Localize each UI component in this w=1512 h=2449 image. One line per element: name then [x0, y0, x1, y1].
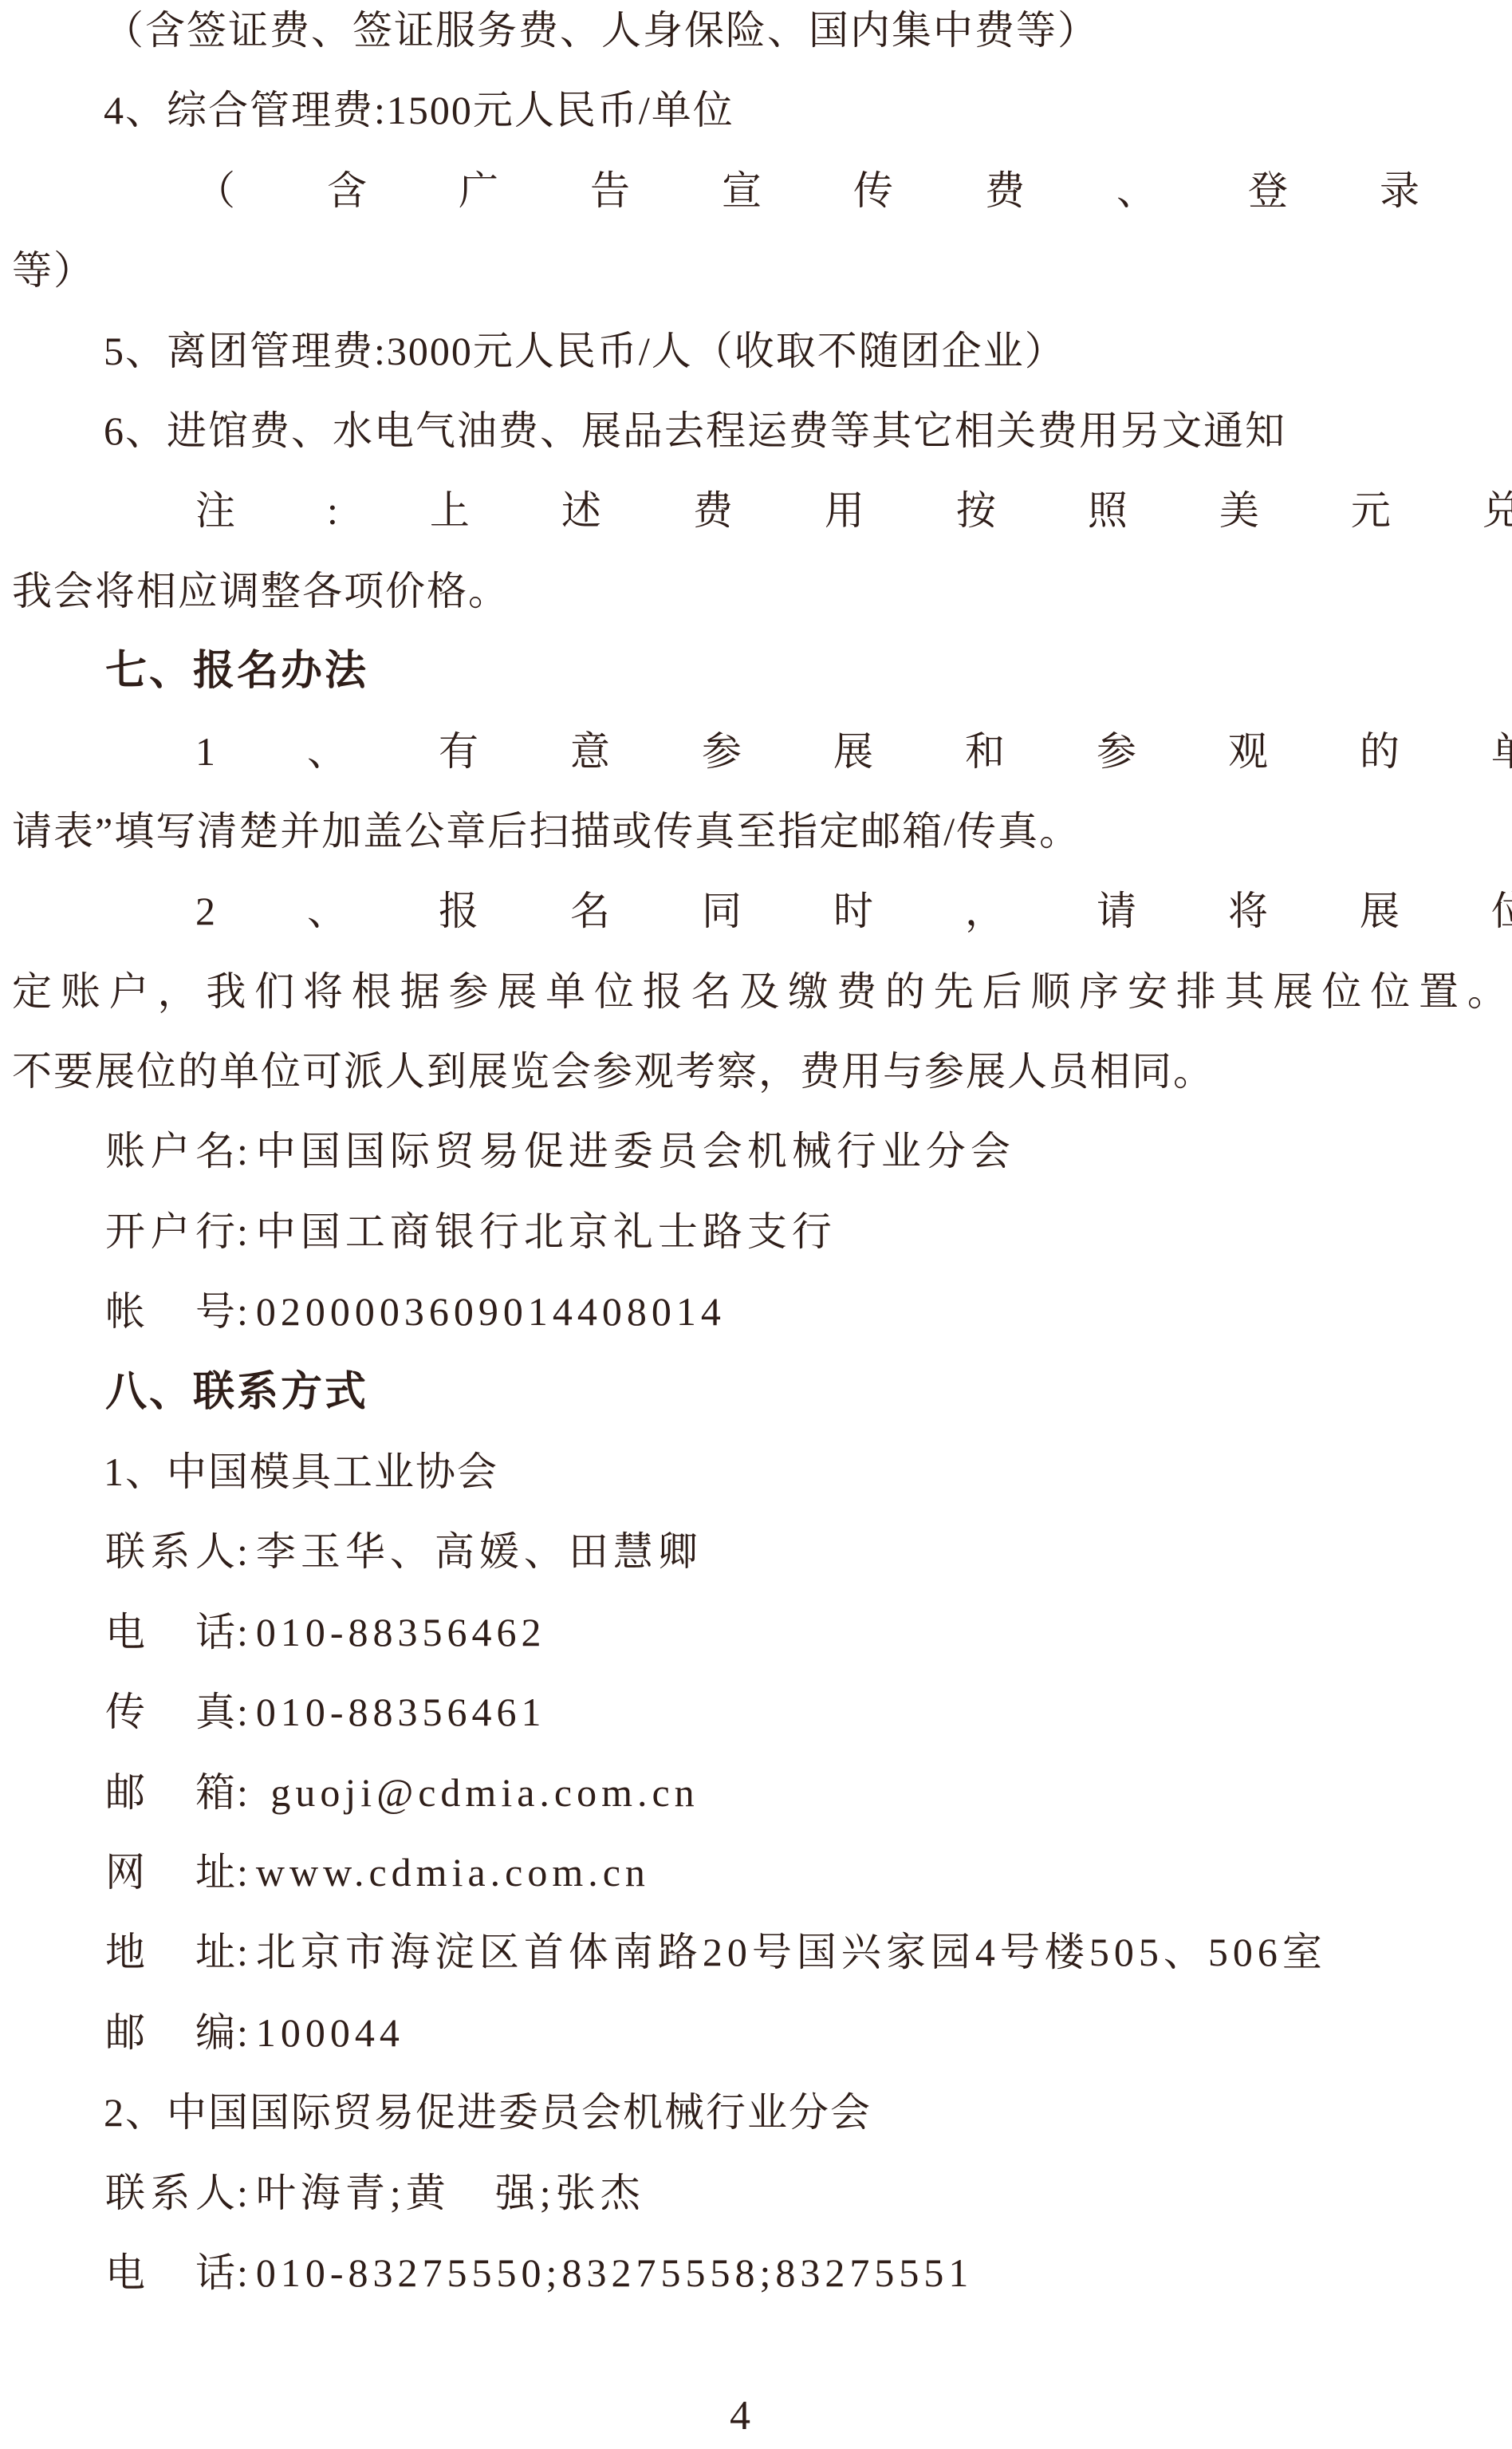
text-line: 等）	[12, 231, 1507, 310]
text-token: 请	[1005, 871, 1136, 951]
field-value: 010-83275550;83275558;83275551	[256, 2233, 973, 2313]
field-row: 账户名:中国国际贸易促进委员会机械行业分会	[12, 1111, 1507, 1191]
field-label-char: 人	[195, 2153, 235, 2233]
text-token: 参	[1005, 712, 1136, 791]
text-token: 据	[400, 952, 440, 1031]
field-row: 地址:北京市海淀区首体南路20号国兴家园4号楼505、506室	[12, 1912, 1507, 1992]
text-token: 上	[338, 471, 470, 550]
text-token: 们	[254, 952, 294, 1031]
field-label-char: 开	[105, 1192, 145, 1272]
field-row: 邮箱: guoji@cdmia.com.cn	[12, 1753, 1507, 1832]
document-page: （含签证费、签证服务费、人身保险、国内集中费等）4、综合管理费:1500元人民币…	[0, 0, 1512, 2449]
field-row: 电话:010-88356462	[12, 1592, 1507, 1672]
text-line: 4、综合管理费:1500元人民币/单位	[12, 70, 1507, 150]
text-token: 展	[1268, 871, 1400, 951]
text-token: 位	[1321, 952, 1361, 1031]
text-token: 位	[1370, 952, 1410, 1031]
field-row: 传真:010-88356461	[12, 1672, 1507, 1752]
text-line: 不要展位的单位可派人到展览会参观考察，费用与参展人员相同。	[12, 1031, 1507, 1111]
field-value: guoji@cdmia.com.cn	[256, 1753, 699, 1832]
text-line: 注:上述费用按照美元兑人民币的汇率1:7收取，若遇重大汇率变化，	[12, 471, 1507, 550]
document-body: （含签证费、签证服务费、人身保险、国内集中费等）4、综合管理费:1500元人民币…	[0, 0, 1512, 2313]
field-colon: :	[235, 1592, 256, 1672]
text-token: 元	[1259, 471, 1391, 550]
text-token: 述	[470, 471, 601, 550]
field-label: 电话	[105, 1592, 235, 1672]
field-label-char: 传	[105, 1672, 145, 1752]
text-token: 置	[1419, 952, 1459, 1031]
text-token: 单	[545, 952, 585, 1031]
text-token: 时	[742, 871, 873, 951]
field-row: 网址:www.cdmia.com.cn	[12, 1832, 1507, 1912]
text-token: 安	[1128, 952, 1167, 1031]
text-token: 录	[1288, 151, 1419, 231]
text-token: 费	[837, 952, 876, 1031]
text-token: 展	[742, 712, 873, 791]
text-token: 意	[478, 712, 610, 791]
field-label-char: 联	[105, 1512, 145, 1591]
text-token: 定	[12, 952, 52, 1031]
text-token: 广	[367, 151, 498, 231]
text-line: 1、有意参展和参观的单位请务必于2019年6月1日前将附件“参展申	[12, 712, 1507, 791]
field-label-char: 帐	[105, 1272, 145, 1351]
text-token: 户	[109, 952, 149, 1031]
field-colon: :	[235, 2233, 256, 2313]
text-line: 2、中国国际贸易促进委员会机械行业分会	[12, 2072, 1507, 2152]
text-token: 告	[498, 151, 630, 231]
text-token: 账	[61, 952, 100, 1031]
text-token: 美	[1128, 471, 1259, 550]
text-token: 费	[601, 471, 733, 550]
text-token: 将	[303, 952, 343, 1031]
field-label: 邮编	[105, 1993, 235, 2072]
text-token: 按	[864, 471, 996, 550]
field-value: 010-88356461	[256, 1672, 546, 1752]
text-line: 我会将相应调整各项价格。	[12, 551, 1507, 631]
text-token: 同	[610, 871, 742, 951]
text-token: ，	[157, 952, 197, 1031]
text-line: 请表”填写清楚并加盖公章后扫描或传真至指定邮箱/传真。	[12, 791, 1507, 871]
field-colon: :	[235, 1512, 256, 1591]
text-line: （含广告宣传费、登录官方展览会网站和参展商名录、邀请函、进馆证	[12, 151, 1507, 231]
text-token: 、	[215, 712, 347, 791]
field-value: 0200003609014408014	[256, 1272, 726, 1351]
text-token: 缴	[788, 952, 828, 1031]
page-number: 4	[0, 2388, 1480, 2444]
text-token: 照	[996, 471, 1128, 550]
text-line: （含签证费、签证服务费、人身保险、国内集中费等）	[12, 0, 1507, 70]
text-token: 及	[739, 952, 779, 1031]
field-label-char: 号	[195, 1272, 235, 1351]
field-label: 开户行	[105, 1192, 235, 1272]
field-colon: :	[235, 1753, 256, 1832]
field-row: 帐号:0200003609014408014	[12, 1272, 1507, 1351]
field-label-char: 网	[105, 1832, 145, 1912]
text-token: 2	[104, 871, 215, 951]
text-token: 。	[1467, 952, 1507, 1031]
text-token: 后	[982, 952, 1022, 1031]
field-colon: :	[235, 1192, 256, 1272]
field-colon: :	[235, 2153, 256, 2233]
text-token: 注	[104, 471, 235, 550]
field-label-char: 电	[105, 1592, 145, 1672]
section-header: 七、报名办法	[12, 631, 1507, 711]
field-label: 网址	[105, 1832, 235, 1912]
field-value: 010-88356462	[256, 1592, 546, 1672]
text-line: 6、进馆费、水电气油费、展品去程运费等其它相关费用另文通知	[12, 391, 1507, 471]
text-token: 名	[691, 952, 731, 1031]
field-label: 帐号	[105, 1272, 235, 1351]
text-token: 宣	[630, 151, 762, 231]
text-token: 序	[1079, 952, 1119, 1031]
field-label-char: 话	[195, 2233, 235, 2313]
text-token: 的	[885, 952, 925, 1031]
text-token: （	[104, 151, 235, 231]
text-token: 用	[733, 471, 864, 550]
text-line: 5、离团管理费:3000元人民币/人（收取不随团企业）	[12, 311, 1507, 391]
field-colon: :	[235, 1672, 256, 1752]
field-label-char: 箱	[195, 1753, 235, 1832]
field-label: 联系人	[105, 1512, 235, 1591]
text-token: 排	[1176, 952, 1216, 1031]
field-value: 中国国际贸易促进委员会机械行业分会	[256, 1111, 1015, 1191]
field-label-char: 址	[195, 1832, 235, 1912]
text-line: 1、中国模具工业协会	[12, 1432, 1507, 1512]
field-label-char: 系	[151, 1512, 191, 1591]
text-token: 观	[1136, 712, 1268, 791]
text-token: 官	[1419, 151, 1512, 231]
field-label-char: 真	[195, 1672, 235, 1752]
field-colon: :	[235, 1912, 256, 1992]
text-token: 费	[893, 151, 1025, 231]
field-label-char: 名	[195, 1111, 235, 1191]
text-token: 的	[1268, 712, 1400, 791]
field-row: 开户行:中国工商银行北京礼士路支行	[12, 1192, 1507, 1272]
field-label-char: 账	[105, 1111, 145, 1191]
field-label-char: 联	[105, 2153, 145, 2233]
text-line: 2、报名同时，请将展位预定金按照2000元人民币/平方米标准汇至指	[12, 871, 1507, 951]
text-token: 名	[478, 871, 610, 951]
text-token: 展	[1274, 952, 1313, 1031]
field-colon: :	[235, 1111, 256, 1191]
field-label-char: 系	[151, 2153, 191, 2233]
field-label-char: 编	[195, 1993, 235, 2072]
field-row: 联系人:叶海青;黄 强;张杰	[12, 2153, 1507, 2233]
text-token: 根	[352, 952, 392, 1031]
text-token: 顺	[1030, 952, 1070, 1031]
field-value: 李玉华、高媛、田慧卿	[256, 1512, 703, 1591]
field-label-char: 电	[105, 2233, 145, 2313]
field-label-char: 地	[105, 1912, 145, 1992]
text-token: 先	[934, 952, 974, 1031]
field-label-char: 户	[151, 1192, 191, 1272]
field-label-char: 邮	[105, 1753, 145, 1832]
field-row: 邮编:100044	[12, 1993, 1507, 2072]
text-token: 、	[215, 871, 347, 951]
field-colon: :	[235, 1272, 256, 1351]
field-value: www.cdmia.com.cn	[256, 1832, 650, 1912]
text-token: 登	[1156, 151, 1288, 231]
field-colon: :	[235, 1832, 256, 1912]
text-token: 有	[347, 712, 478, 791]
field-label-char: 人	[195, 1512, 235, 1591]
field-label: 联系人	[105, 2153, 235, 2233]
text-token: 和	[873, 712, 1005, 791]
field-label: 地址	[105, 1912, 235, 1992]
field-value: 中国工商银行北京礼士路支行	[256, 1192, 837, 1272]
field-label: 邮箱	[105, 1753, 235, 1832]
field-label-char: 邮	[105, 1993, 145, 2072]
field-value: 北京市海淀区首体南路20号国兴家园4号楼505、506室	[256, 1912, 1327, 1992]
text-token: 报	[347, 871, 478, 951]
field-row: 联系人:李玉华、高媛、田慧卿	[12, 1512, 1507, 1591]
text-line: 定账户，我们将根据参展单位报名及缴费的先后顺序安排其展位位置。	[12, 952, 1507, 1031]
text-token: 位	[594, 952, 634, 1031]
field-label: 账户名	[105, 1111, 235, 1191]
text-token: 兑	[1391, 471, 1512, 550]
text-token: 位	[1400, 871, 1512, 951]
field-label: 电话	[105, 2233, 235, 2313]
text-token: 含	[235, 151, 367, 231]
text-token: 参	[610, 712, 742, 791]
field-value: 100044	[256, 1993, 404, 2072]
text-token: :	[235, 471, 338, 550]
text-token: 参	[448, 952, 488, 1031]
field-label-char: 话	[195, 1592, 235, 1672]
text-token: 传	[762, 151, 893, 231]
field-label-char: 行	[195, 1192, 235, 1272]
text-token: 展	[497, 952, 537, 1031]
text-token: 将	[1136, 871, 1268, 951]
text-token: 、	[1025, 151, 1156, 231]
field-label: 传真	[105, 1672, 235, 1752]
text-token: ，	[873, 871, 1005, 951]
field-row: 电话:010-83275550;83275558;83275551	[12, 2233, 1507, 2313]
section-header: 八、联系方式	[12, 1352, 1507, 1432]
text-token: 1	[104, 712, 215, 791]
text-token: 单	[1400, 712, 1512, 791]
field-colon: :	[235, 1993, 256, 2072]
field-label-char: 址	[195, 1912, 235, 1992]
text-token: 我	[206, 952, 246, 1031]
text-token: 报	[643, 952, 683, 1031]
field-label-char: 户	[151, 1111, 191, 1191]
field-value: 叶海青;黄 强;张杰	[256, 2153, 645, 2233]
text-token: 其	[1225, 952, 1265, 1031]
